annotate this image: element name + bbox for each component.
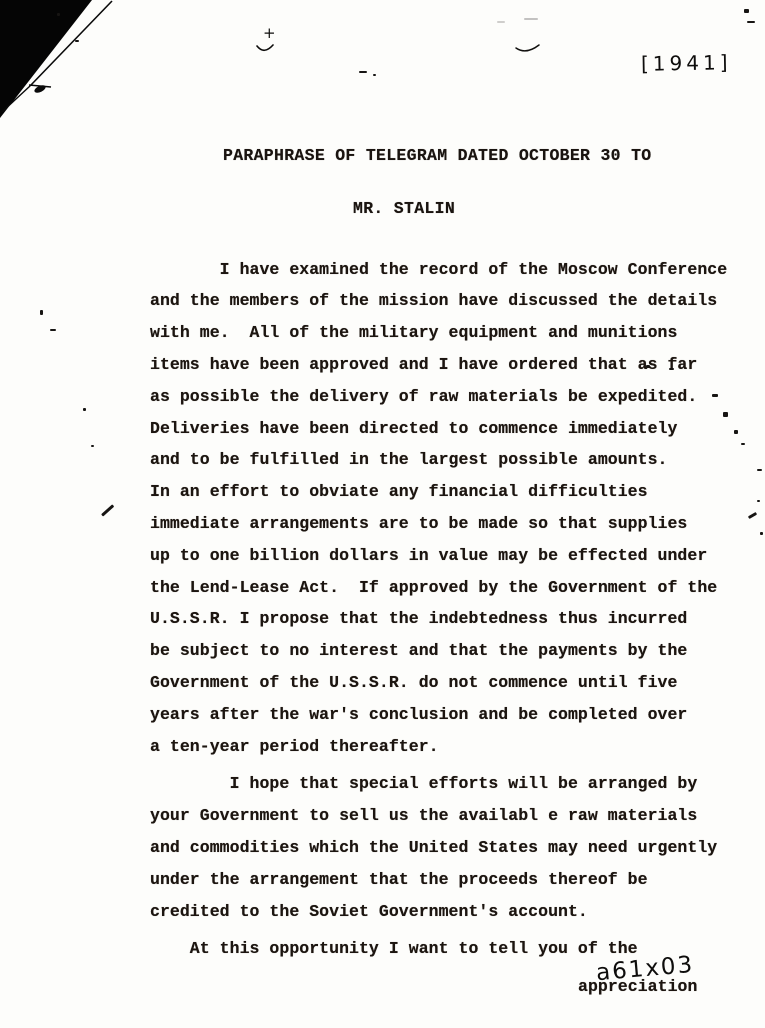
scan-speck — [75, 40, 79, 42]
scanned-document-page: + [1941] PARAPHRASE OF TELEGRAM DATED OC… — [0, 0, 765, 1028]
scan-speck — [50, 329, 56, 331]
scan-speck — [40, 310, 43, 315]
scan-speck — [646, 365, 650, 368]
document-body: I have examined the record of the Moscow… — [150, 190, 727, 1003]
text-line: and the members of the mission have disc… — [150, 285, 727, 317]
text-line: credited to the Soviet Government's acco… — [150, 896, 727, 928]
text-line: Deliveries have been directed to commenc… — [150, 413, 727, 445]
scan-speck — [744, 9, 749, 13]
year-annotation: [1941] — [641, 50, 732, 76]
scan-speck — [497, 21, 505, 23]
scan-speck — [101, 504, 114, 516]
text-line: years after the war's conclusion and be … — [150, 699, 727, 731]
scan-speck — [373, 74, 376, 76]
scan-speck — [734, 430, 738, 434]
plus-mark-annotation: + — [263, 24, 276, 42]
text-line: I have examined the record of the Moscow… — [150, 254, 727, 286]
scan-speck — [524, 18, 538, 20]
title-line-1: PARAPHRASE OF TELEGRAM DATED OCTOBER 30 … — [223, 147, 651, 165]
scan-speck — [83, 408, 86, 411]
text-line: and commodities which the United States … — [150, 832, 727, 864]
text-line: a ten-year period thereafter. — [150, 731, 727, 763]
text-line: as possible the delivery of raw material… — [150, 381, 727, 413]
text-line: immediate arrangements are to be made so… — [150, 508, 727, 540]
scan-speck — [748, 512, 757, 519]
text-line: under the arrangement that the proceeds … — [150, 864, 727, 896]
text-line: with me. All of the military equipment a… — [150, 317, 727, 349]
scan-speck — [747, 21, 755, 23]
text-line: I hope that special efforts will be arra… — [150, 768, 727, 800]
scan-speck — [757, 500, 760, 502]
text-line: the Lend-Lease Act. If approved by the G… — [150, 572, 727, 604]
text-line: and to be fulfilled in the largest possi… — [150, 444, 727, 476]
text-line: Government of the U.S.S.R. do not commen… — [150, 667, 727, 699]
arc-mark-icon — [256, 42, 276, 56]
corner-fold-artifact — [0, 0, 180, 180]
text-line: In an effort to obviate any financial di… — [150, 476, 727, 508]
text-line: be subject to no interest and that the p… — [150, 635, 727, 667]
scan-speck — [91, 445, 94, 447]
paragraph: I hope that special efforts will be arra… — [150, 768, 727, 927]
scan-speck — [741, 443, 745, 445]
text-line: items have been approved and I have orde… — [150, 349, 727, 381]
scan-speck — [760, 532, 763, 535]
scan-speck — [757, 469, 762, 471]
squiggle-mark-icon — [515, 42, 541, 56]
scan-speck — [723, 412, 728, 417]
scan-speck — [57, 13, 60, 16]
scan-speck — [712, 394, 718, 397]
scan-speck — [669, 368, 674, 370]
text-line: your Government to sell us the availabl … — [150, 800, 727, 832]
text-line: U.S.S.R. I propose that the indebtedness… — [150, 603, 727, 635]
text-line: up to one billion dollars in value may b… — [150, 540, 727, 572]
scan-speck — [359, 71, 367, 73]
paragraph: I have examined the record of the Moscow… — [150, 254, 727, 763]
